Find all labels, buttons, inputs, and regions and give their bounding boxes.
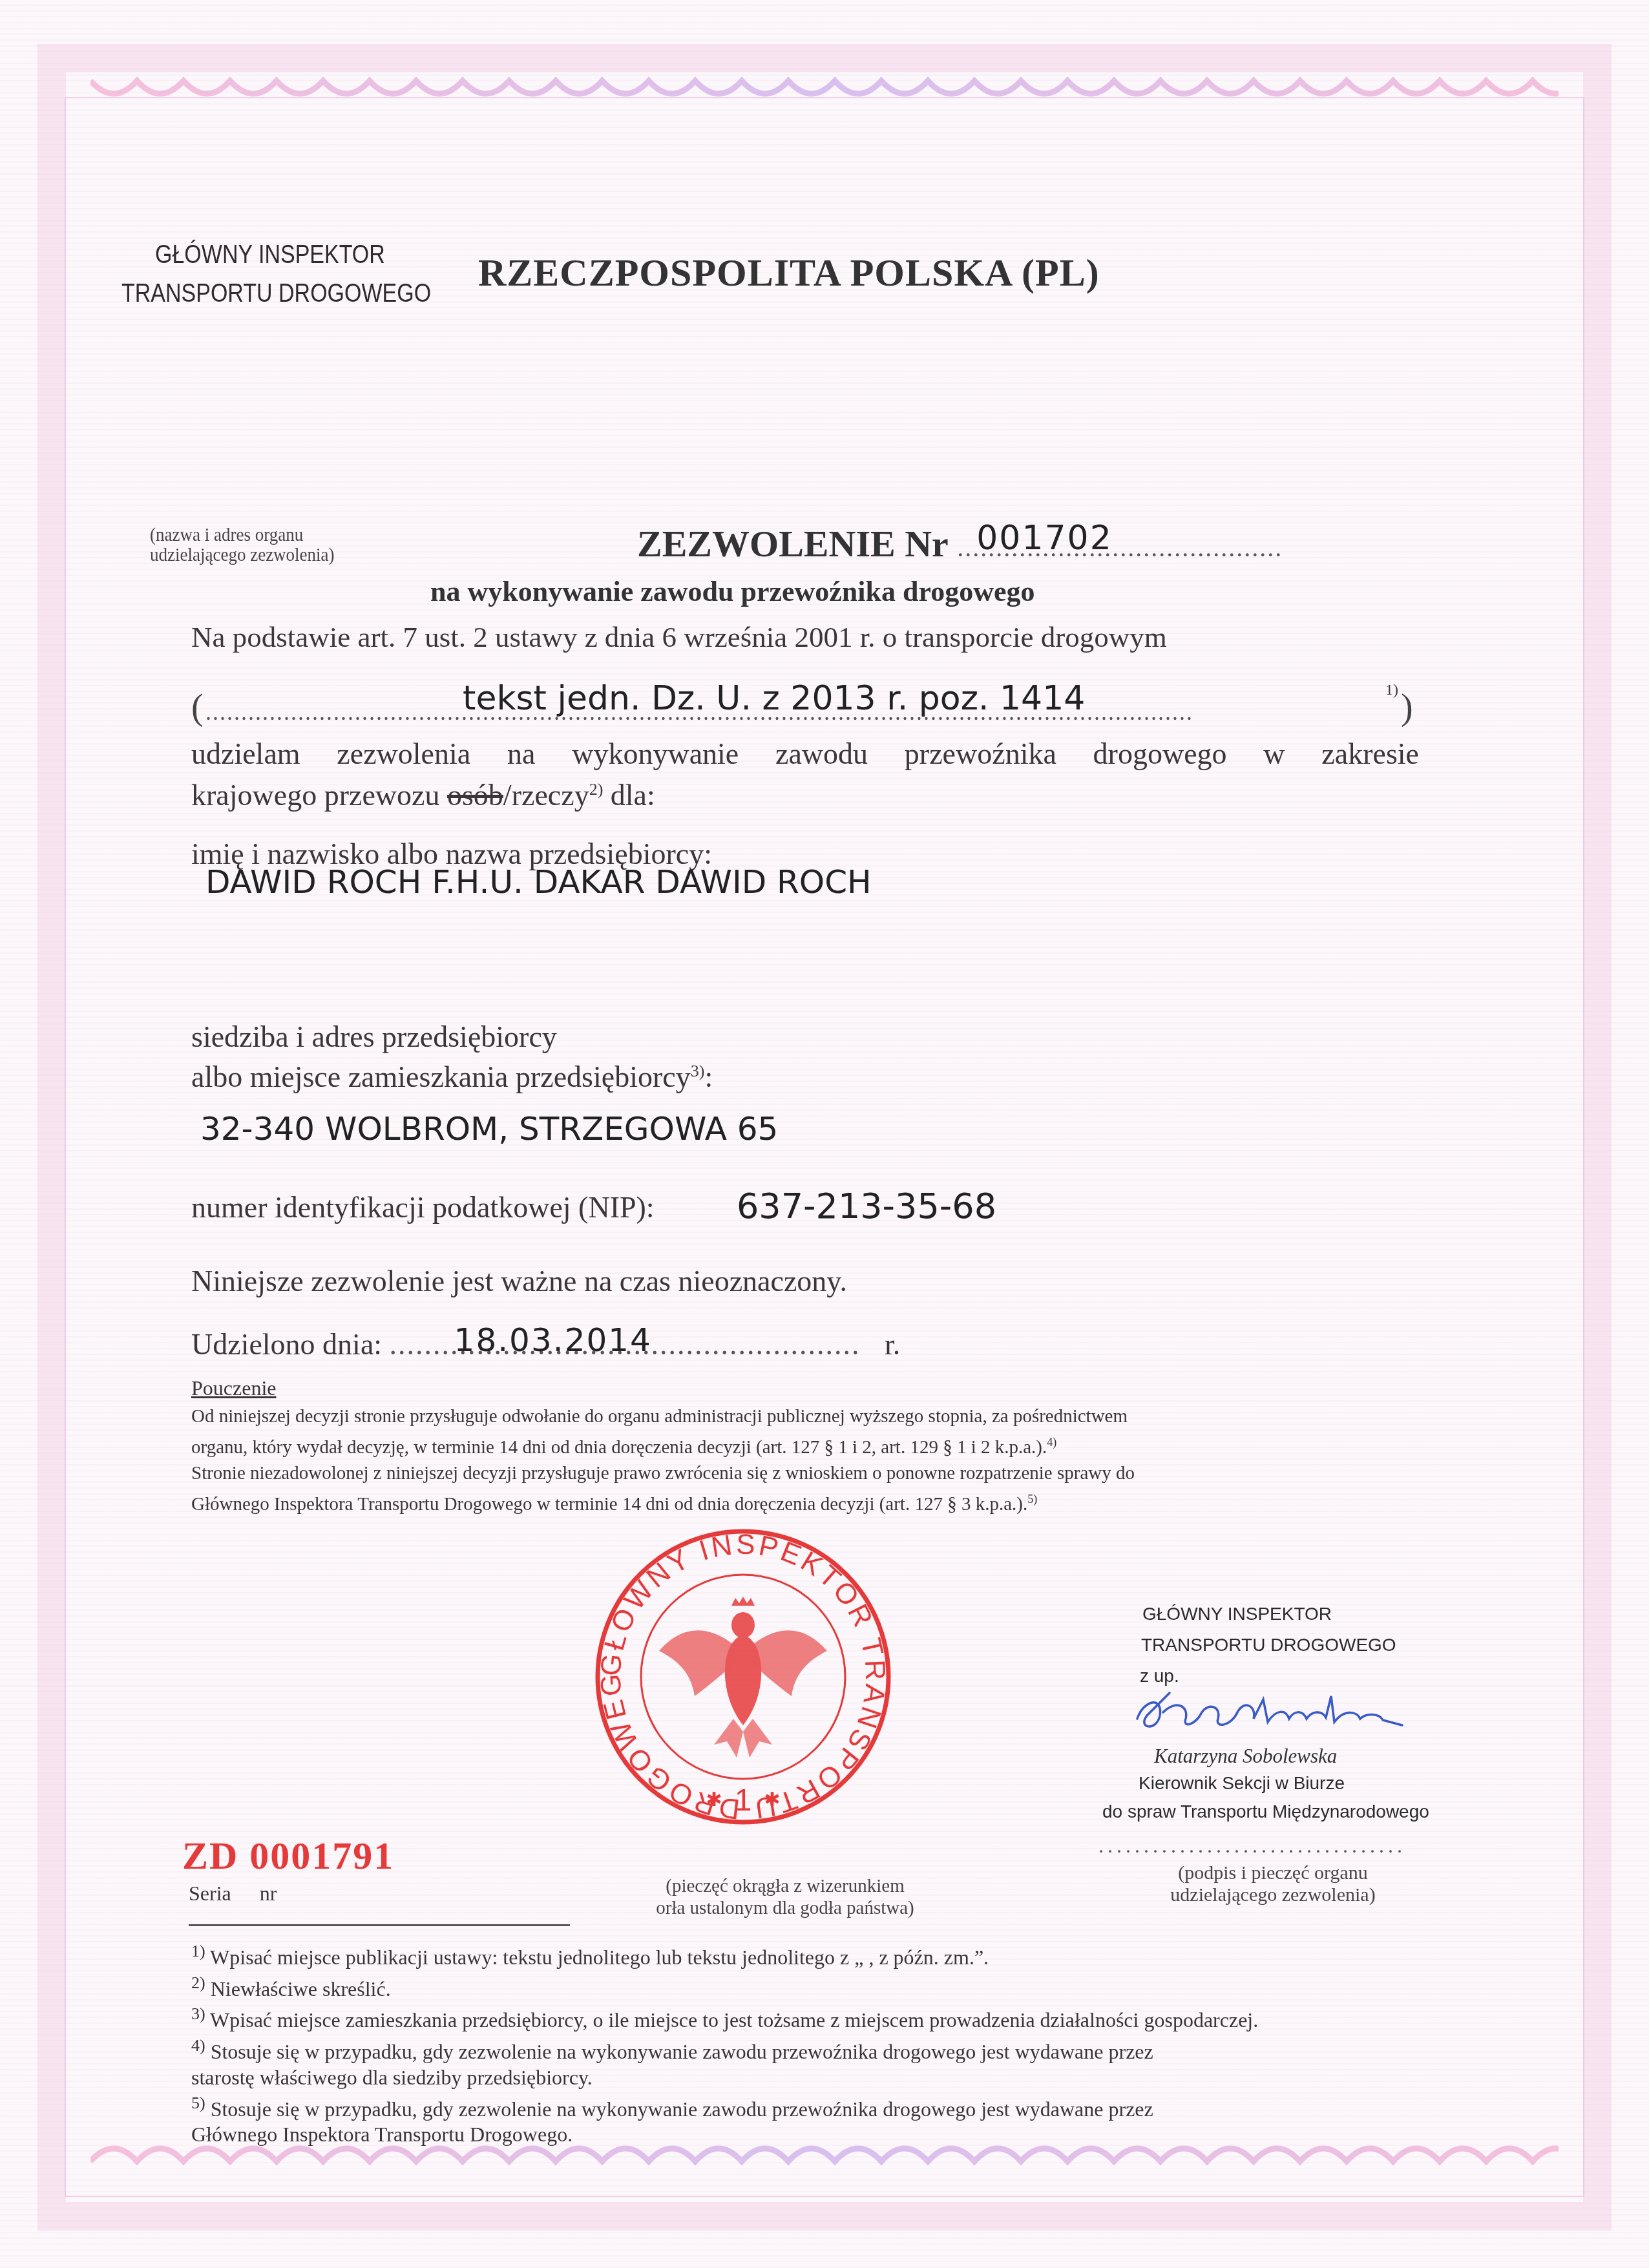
footnote-2-text: Niewłaściwe skreślić.: [211, 1977, 391, 2000]
issue-date-field: Udzielono dnia: ........................…: [191, 1327, 900, 1361]
notice-line-1: Od niniejszej decyzji stronie przysługuj…: [191, 1403, 1135, 1429]
footnote-5-text: Stosuje się w przypadku, gdy zezwolenie …: [211, 2097, 1153, 2120]
struck-option: osób: [447, 779, 503, 812]
notice-line-2-text: organu, który wydał decyzję, w terminie …: [191, 1437, 1047, 1458]
signature-dotted-line: ..................................: [1098, 1834, 1406, 1858]
grant-scope-end: dla:: [603, 779, 655, 812]
address-value: 32-340 WOLBROM, STRZEGOWA 65: [200, 1110, 778, 1148]
issuer-caption-line-2: udzielającego zezwolenia): [150, 545, 335, 565]
issuer-name-line-1: GŁÓWNY INSPEKTOR: [155, 240, 385, 269]
nip-label: numer identyfikacji podatkowej (NIP):: [191, 1190, 655, 1224]
signatory-position-2: do spraw Transportu Międzynarodowego: [1102, 1801, 1429, 1822]
footnote-1-text: Wpisać miejsce publikacji ustawy: tekstu…: [210, 1946, 989, 1969]
issue-date-dots: ........................................…: [390, 1328, 870, 1361]
signatory-org-line-1: GŁÓWNY INSPEKTOR: [1142, 1604, 1332, 1624]
serial-label-number: nr: [260, 1882, 277, 1905]
serial-labels: Seria nr: [189, 1882, 277, 1906]
footnote-4: 4) Stosuje się w przypadku, gdy zezwolen…: [191, 2033, 1258, 2064]
svg-text:1: 1: [735, 1783, 752, 1818]
legal-basis: Na podstawie art. 7 ust. 2 ustawy z dnia…: [191, 620, 1167, 654]
selected-option: /rzeczy: [503, 779, 589, 812]
publication-value: tekst jedn. Dz. U. z 2013 r. poz. 1414: [463, 679, 1085, 718]
permit-title: ZEZWOLENIE Nr 001702 ...................…: [637, 522, 1283, 565]
footnote-2-mark: 2): [191, 1973, 205, 1992]
footnote-4-text: Stosuje się w przypadku, gdy zezwolenie …: [211, 2040, 1153, 2063]
footnote-ref-3: 3): [691, 1062, 705, 1080]
notice-body: Od niniejszej decyzji stronie przysługuj…: [191, 1403, 1135, 1517]
serial-number: ZD 0001791: [182, 1834, 394, 1878]
grant-line-2: krajowego przewozu osób/rzeczy2) dla:: [191, 778, 655, 812]
notice-line-2: organu, który wydał decyzję, w terminie …: [191, 1429, 1135, 1460]
notice-line-4-text: Głównego Inspektora Transportu Drogowego…: [191, 1493, 1027, 1514]
serial-label-series: Seria: [189, 1882, 231, 1905]
footnote-5-mark: 5): [191, 2094, 205, 2112]
validity-statement: Niniejsze zezwolenie jest ważne na czas …: [191, 1264, 847, 1298]
permit-subtitle: na wykonywanie zawodu przewoźnika drogow…: [430, 575, 1035, 608]
stamp-caption: (pieczęć okrągła z wizerunkiem orła usta…: [649, 1875, 921, 1919]
address-label-1: siedziba i adres przedsiębiorcy: [191, 1020, 557, 1054]
stamp-caption-line-2: orła ustalonym dla godła państwa): [649, 1897, 921, 1919]
svg-text:✱: ✱: [706, 1789, 722, 1811]
footnote-4-continuation: starostę właściwego dla siedziby przedsi…: [191, 2064, 1258, 2090]
signatory-position-1: Kierownik Sekcji w Biurze: [1139, 1773, 1345, 1794]
address-label-2-text: albo miejsce zamieszkania przedsiębiorcy: [191, 1060, 691, 1093]
nip-value: 637-213-35-68: [737, 1186, 996, 1226]
footnotes: 1) Wpisać miejsce publikacji ustawy: tek…: [191, 1938, 1258, 2147]
issuer-caption-line-1: (nazwa i adres organu: [150, 525, 335, 545]
svg-text:✱: ✱: [764, 1789, 780, 1811]
signature-caption: (podpis i pieczęć organu udzielającego z…: [1137, 1862, 1409, 1906]
notice-heading: Pouczenie: [191, 1376, 277, 1400]
footnote-1: 1) Wpisać miejsce publikacji ustawy: tek…: [191, 1938, 1258, 1970]
decorative-wave-top: [90, 71, 1559, 110]
signatory-org-line-2: TRANSPORTU DROGOWEGO: [1141, 1635, 1396, 1655]
stamp-caption-line-1: (pieczęć okrągła z wizerunkiem: [649, 1875, 921, 1897]
address-label-2: albo miejsce zamieszkania przedsiębiorcy…: [191, 1060, 713, 1094]
footnote-4-mark: 4): [191, 2036, 205, 2055]
close-paren: ): [1401, 687, 1413, 728]
footnote-5-continuation: Głównego Inspektora Transportu Drogowego…: [191, 2121, 1258, 2147]
carrier-name-value: DAWID ROCH F.H.U. DAKAR DAWID ROCH: [205, 863, 872, 901]
issue-date-suffix: r.: [885, 1328, 900, 1361]
footnote-ref-5: 5): [1027, 1493, 1037, 1506]
permit-document: GŁÓWNY INSPEKTOR TRANSPORTU DROGOWEGO RZ…: [0, 0, 1649, 2268]
issuer-caption: (nazwa i adres organu udzielającego zezw…: [150, 525, 335, 565]
issuer-name-line-2: TRANSPORTU DROGOWEGO: [121, 279, 431, 308]
open-paren: (: [191, 687, 204, 728]
eagle-emblem-icon: [659, 1597, 827, 1758]
issue-date-label: Udzielono dnia:: [191, 1328, 382, 1361]
signature-caption-line-2: udzielającego zezwolenia): [1137, 1884, 1409, 1906]
signatory-name: Katarzyna Sobolewska: [1154, 1745, 1337, 1768]
publication-field: ( ......................................…: [191, 682, 1419, 733]
official-round-stamp: GŁÓWNY INSPEKTOR TRANSPORTU DROGOWEGO 1 …: [582, 1512, 905, 1835]
footnote-3-mark: 3): [191, 2004, 205, 2023]
signature-caption-line-1: (podpis i pieczęć organu: [1137, 1862, 1409, 1884]
country-heading: RZECZPOSPOLITA POLSKA (PL): [478, 251, 1100, 295]
permit-number-field: 001702 .................................…: [957, 533, 1283, 562]
issue-date-value: 18.03.2014: [454, 1321, 652, 1359]
footnote-1-mark: 1): [191, 1942, 205, 1960]
notice-line-3: Stronie niezadowolonej z niniejszej decy…: [191, 1460, 1135, 1486]
footnote-3-text: Wpisać miejsce zamieszkania przedsiębior…: [210, 2008, 1258, 2032]
footnote-ref-1: 1): [1385, 682, 1398, 699]
handwritten-signature: [1124, 1680, 1409, 1738]
permit-title-prefix: ZEZWOLENIE Nr: [637, 523, 948, 565]
footnote-5: 5) Stosuje się w przypadku, gdy zezwolen…: [191, 2090, 1258, 2122]
footnote-ref-2: 2): [589, 780, 604, 799]
grant-line-1: udzielam zezwolenia na wykonywanie zawod…: [191, 737, 1419, 771]
permit-number: 001702: [976, 519, 1113, 558]
footnote-3: 3) Wpisać miejsce zamieszkania przedsięb…: [191, 2001, 1258, 2033]
footnote-2: 2) Niewłaściwe skreślić.: [191, 1970, 1258, 2002]
footnote-separator: [189, 1924, 570, 1926]
footnote-ref-4: 4): [1047, 1436, 1056, 1449]
grant-scope-prefix: krajowego przewozu: [191, 779, 447, 812]
